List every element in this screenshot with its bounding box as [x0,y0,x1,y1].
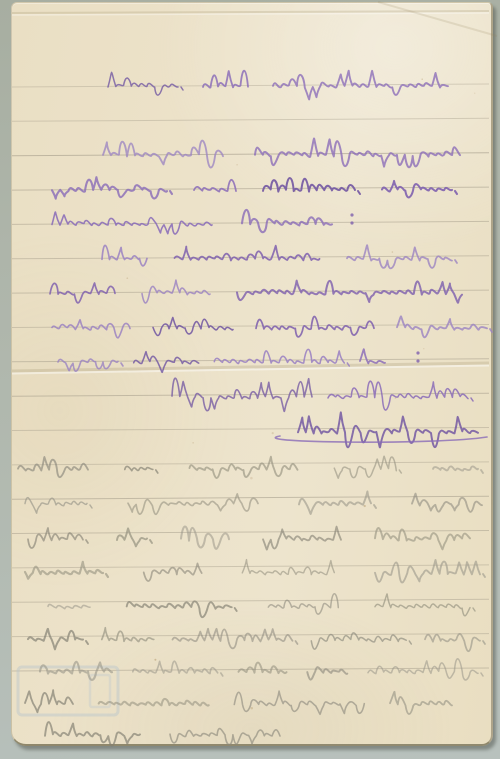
page-title: Scanned handwritten letter page [0,21,1,22]
letter-page-paper [11,2,493,746]
scanned-letter-screenshot: { "document": { "kind": "Scanned handwri… [0,0,500,759]
